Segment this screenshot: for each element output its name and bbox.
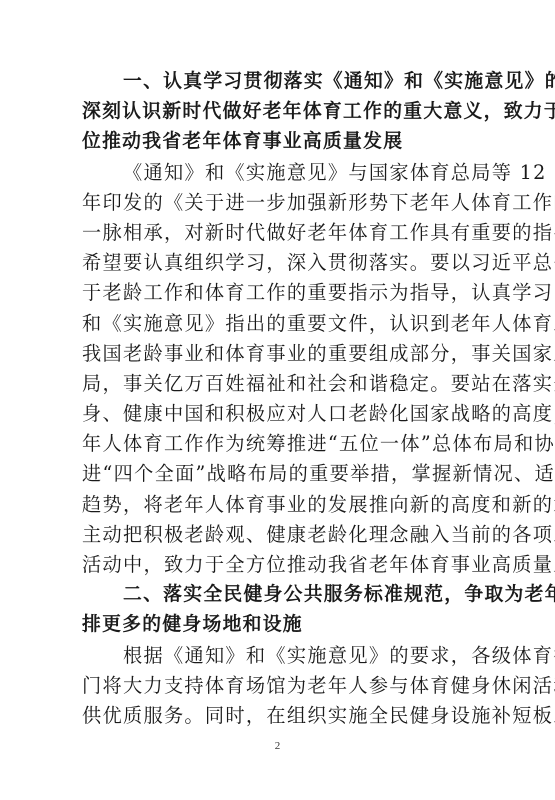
body-line: 年印发的《关于进一步加强新形势下老年人体育工作的意见》: [82, 188, 474, 218]
heading-line: 深刻认识新时代做好老年体育工作的重大意义，致力于全方: [82, 97, 474, 127]
heading-line: 排更多的健身场地和设施: [82, 610, 474, 640]
body-line: 希望要认真组织学习，深入贯彻落实。要以习近平总书记关: [82, 248, 474, 278]
body-line: 活动中，致力于全方位推动我省老年体育事业高质量发展。: [82, 550, 474, 580]
heading-line: 二、落实全民健身公共服务标准规范，争取为老年人安: [82, 580, 474, 610]
body-line: 和《实施意见》指出的重要文件，认识到老年人体育工作是: [82, 309, 474, 339]
body-paragraph-2: 根据《通知》和《实施意见》的要求，各级体育行政部 门将大力支持体育场馆为老年人参…: [82, 641, 474, 732]
body-line: 我国老龄事业和体育事业的重要组成部分，事关国家发展全: [82, 339, 474, 369]
body-line: 局，事关亿万百姓福祉和社会和谐稳定。要站在落实全民健: [82, 369, 474, 399]
document-body: 一、认真学习贯彻落实《通知》和《实施意见》的精神， 深刻认识新时代做好老年体育工…: [82, 67, 474, 731]
body-line: 身、健康中国和积极应对人口老龄化国家战略的高度，将老: [82, 399, 474, 429]
section-heading-1: 一、认真学习贯彻落实《通知》和《实施意见》的精神， 深刻认识新时代做好老年体育工…: [82, 67, 474, 158]
body-line: 供优质服务。同时，在组织实施全民健身设施补短板工程，: [82, 701, 474, 731]
body-line: 于老龄工作和体育工作的重要指示为指导，认真学习《通知》: [82, 278, 474, 308]
body-line: 《通知》和《实施意见》与国家体育总局等 12 部门 2015: [82, 158, 474, 188]
page-number: 2: [0, 740, 555, 752]
heading-line: 位推动我省老年体育事业高质量发展: [82, 127, 474, 157]
section-heading-2: 二、落实全民健身公共服务标准规范，争取为老年人安 排更多的健身场地和设施: [82, 580, 474, 640]
body-line: 进“四个全面”战略布局的重要举措，掌握新情况、适应新: [82, 459, 474, 489]
body-line: 年人体育工作作为统筹推进“五位一体”总体布局和协调推: [82, 429, 474, 459]
body-line: 主动把积极老龄观、健康老龄化理念融入当前的各项工作和: [82, 520, 474, 550]
document-page: 一、认真学习贯彻落实《通知》和《实施意见》的精神， 深刻认识新时代做好老年体育工…: [0, 0, 555, 800]
body-paragraph-1: 《通知》和《实施意见》与国家体育总局等 12 部门 2015 年印发的《关于进一…: [82, 158, 474, 581]
heading-line: 一、认真学习贯彻落实《通知》和《实施意见》的精神，: [82, 67, 474, 97]
body-line: 门将大力支持体育场馆为老年人参与体育健身休闲活动提: [82, 671, 474, 701]
body-line: 一脉相承，对新时代做好老年体育工作具有重要的指导意义，: [82, 218, 474, 248]
body-line: 趋势，将老年人体育事业的发展推向新的高度和新的水平。: [82, 490, 474, 520]
body-line: 根据《通知》和《实施意见》的要求，各级体育行政部: [82, 641, 474, 671]
